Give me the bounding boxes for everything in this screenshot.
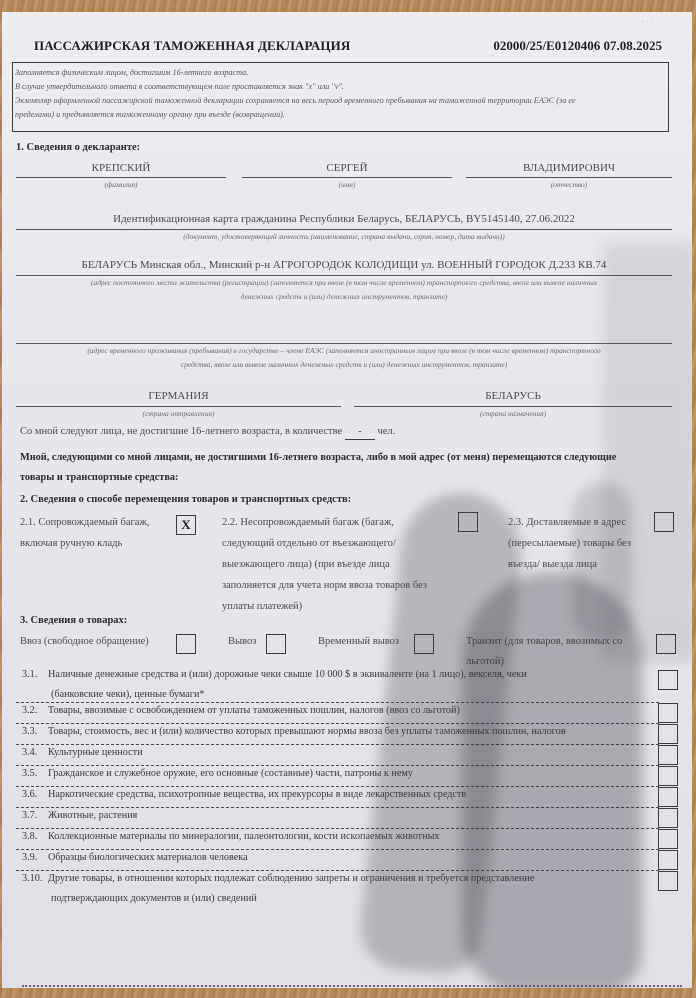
row-divider: [16, 870, 659, 871]
goods-item-checkbox[interactable]: [658, 766, 678, 786]
goods-item-number: 3.4.: [22, 747, 48, 758]
departure-country-field[interactable]: ГЕРМАНИЯ (страна отправления): [16, 385, 341, 421]
accompanied-baggage-checkbox[interactable]: X: [176, 515, 196, 535]
goods-item-label: подтверждающих документов и (или) сведен…: [51, 893, 257, 904]
row-divider: [16, 828, 659, 829]
goods-item-text: 3.7.Животные, растения: [22, 810, 137, 821]
goods-item-number: 3.9.: [22, 852, 48, 863]
patronymic-field[interactable]: ВЛАДИМИРОВИЧ (отчество): [466, 158, 672, 192]
goods-item-checkbox[interactable]: [658, 724, 678, 744]
section2-heading: 2. Сведения о способе перемещения товаро…: [20, 494, 351, 505]
goods-item-label: Наркотические средства, психотропные вещ…: [48, 789, 466, 800]
section1-heading: 1. Сведения о декларанте:: [16, 142, 140, 153]
minors-statement: Со мной следуют лица, не достигшие 16-ле…: [20, 422, 395, 442]
goods-item-text: подтверждающих документов и (или) сведен…: [51, 893, 257, 904]
goods-item-checkbox[interactable]: [658, 703, 678, 723]
goods-item-checkbox[interactable]: [658, 670, 678, 690]
direction-import-label: Ввоз (свободное обращение): [20, 632, 149, 652]
import-checkbox[interactable]: [176, 634, 196, 654]
row-divider: [16, 744, 659, 745]
notice-line: Экземпляр оформленной пассажирской тамож…: [15, 94, 666, 108]
delivered-goods-checkbox[interactable]: [654, 512, 674, 532]
unaccompanied-baggage-checkbox[interactable]: [458, 512, 478, 532]
goods-statement: Мной, следующими со мной лицами, не дост…: [20, 448, 616, 488]
option-2-3-label: 2.3. Доставляемые в адрес (пересылаемые)…: [508, 512, 631, 575]
goods-item-text: 3.6.Наркотические средства, психотропные…: [22, 789, 466, 800]
goods-item-label: Животные, растения: [48, 810, 137, 821]
goods-item-text: (банковские чеки), ценные бумаги*: [51, 689, 205, 700]
goods-item-label: Товары, стоимость, вес и (или) количеств…: [48, 726, 566, 737]
direction-export-label: Вывоз: [228, 632, 256, 652]
goods-item-number: 3.3.: [22, 726, 48, 737]
temporary-address-field[interactable]: (адрес временного проживания (пребывания…: [16, 322, 672, 372]
goods-statement-line1: Мной, следующими со мной лицами, не дост…: [20, 448, 616, 468]
goods-item-label: Товары, ввозимые с освобождением от упла…: [48, 705, 460, 716]
goods-item-text: 3.9.Образцы биологических материалов чел…: [22, 852, 248, 863]
row-divider: [16, 807, 659, 808]
direction-transit-label: Транзит (для товаров, ввозимых со льгото…: [466, 632, 622, 672]
goods-item-label: Гражданское и служебное оружие, его осно…: [48, 768, 413, 779]
id-document-caption: (документ, удостоверяющий личность (наим…: [16, 230, 672, 244]
option-2-1-label: 2.1. Сопровождаемый багаж, включая ручну…: [20, 512, 149, 554]
goods-item-number: 3.5.: [22, 768, 48, 779]
option-2-2-label: 2.2. Несопровождаемый багаж (багаж, след…: [222, 512, 427, 617]
minors-count-field[interactable]: -: [345, 425, 375, 440]
minors-prefix: Со мной следуют лица, не достигшие 16-ле…: [20, 426, 342, 437]
destination-country-value: БЕЛАРУСЬ: [354, 385, 672, 407]
permanent-address-value: БЕЛАРУСЬ Минская обл., Минский р-н АГРОГ…: [16, 254, 672, 276]
export-checkbox[interactable]: [266, 634, 286, 654]
goods-item-text: 3.3.Товары, стоимость, вес и (или) колич…: [22, 726, 566, 737]
goods-item-number: 3.6.: [22, 789, 48, 800]
goods-item-text: 3.4.Культурные ценности: [22, 747, 143, 758]
goods-item-text: 3.8.Коллекционные материалы по минералог…: [22, 831, 440, 842]
goods-item-number: 3.10.: [22, 873, 48, 884]
goods-item-label: Культурные ценности: [48, 747, 143, 758]
goods-item-label: Коллекционные материалы по минералогии, …: [48, 831, 440, 842]
notice-line: Заполняется физическим лицом, достигшим …: [15, 66, 666, 80]
destination-country-caption: (страна назначения): [354, 407, 672, 421]
direction-temp-export-label: Временный вывоз: [318, 632, 399, 652]
section3-heading: 3. Сведения о товарах:: [20, 615, 127, 626]
goods-item-text: 3.1.Наличные денежные средства и (или) д…: [22, 669, 527, 680]
temporary-export-checkbox[interactable]: [414, 634, 434, 654]
goods-item-number: 3.1.: [22, 669, 48, 680]
goods-item-label: Образцы биологических материалов человек…: [48, 852, 248, 863]
corner-mark: · · · ·: [637, 20, 654, 25]
goods-item-number: 3.2.: [22, 705, 48, 716]
row-divider: [16, 849, 659, 850]
goods-item-label: Другие товары, в отношении которых подле…: [48, 873, 534, 884]
goods-item-text: 3.10.Другие товары, в отношении которых …: [22, 873, 534, 884]
notice-line: пределами) и предъявляется таможенному о…: [15, 108, 666, 122]
transit-checkbox[interactable]: [656, 634, 676, 654]
departure-country-value: ГЕРМАНИЯ: [16, 385, 341, 407]
goods-item-text: 3.2.Товары, ввозимые с освобождением от …: [22, 705, 460, 716]
name-caption: (имя): [242, 178, 452, 192]
goods-item-checkbox[interactable]: [658, 850, 678, 870]
goods-item-checkbox[interactable]: [658, 745, 678, 765]
id-document-value: Идентификационная карта гражданина Респу…: [16, 208, 672, 230]
permanent-address-field[interactable]: БЕЛАРУСЬ Минская обл., Минский р-н АГРОГ…: [16, 254, 672, 304]
patronymic-caption: (отчество): [466, 178, 672, 192]
goods-item-checkbox[interactable]: [658, 829, 678, 849]
destination-country-field[interactable]: БЕЛАРУСЬ (страна назначения): [354, 385, 672, 421]
minors-suffix: чел.: [377, 426, 395, 437]
goods-item-number: 3.8.: [22, 831, 48, 842]
temporary-address-caption-1: (адрес временного проживания (пребывания…: [16, 344, 672, 358]
id-document-field[interactable]: Идентификационная карта гражданина Респу…: [16, 208, 672, 244]
instructions-box: Заполняется физическим лицом, достигшим …: [12, 62, 669, 132]
row-divider: [16, 765, 659, 766]
declaration-number: 02000/25/E0120406 07.08.2025: [493, 38, 662, 54]
surname-value: КРЕПСКИЙ: [16, 158, 226, 178]
goods-item-label: Наличные денежные средства и (или) дорож…: [48, 669, 527, 680]
document-title: ПАССАЖИРСКАЯ ТАМОЖЕННАЯ ДЕКЛАРАЦИЯ: [34, 38, 350, 54]
goods-item-number: 3.7.: [22, 810, 48, 821]
surname-caption: (фамилия): [16, 178, 226, 192]
declaration-sheet: · · · · ПАССАЖИРСКАЯ ТАМОЖЕННАЯ ДЕКЛАРАЦ…: [2, 12, 692, 988]
row-divider: [16, 723, 659, 724]
goods-statement-line2: товары и транспортные средства:: [20, 468, 616, 488]
row-divider: [16, 786, 659, 787]
row-divider: [16, 702, 659, 703]
temporary-address-caption-2: средства, ввозе или вывозе наличных дене…: [16, 358, 672, 372]
goods-item-label: (банковские чеки), ценные бумаги*: [51, 689, 205, 700]
permanent-address-caption-2: денежных средств и (или) денежных инстру…: [16, 290, 672, 304]
goods-item-checkbox[interactable]: [658, 787, 678, 807]
departure-country-caption: (страна отправления): [16, 407, 341, 421]
goods-item-checkbox[interactable]: [658, 871, 678, 891]
temporary-address-value: [16, 322, 672, 344]
permanent-address-caption-1: (адрес постоянного места жительства (рег…: [16, 276, 672, 290]
notice-line: В случае утвердительного ответа в соотве…: [15, 80, 666, 94]
name-field[interactable]: СЕРГЕЙ (имя): [242, 158, 452, 192]
name-value: СЕРГЕЙ: [242, 158, 452, 178]
surname-field[interactable]: КРЕПСКИЙ (фамилия): [16, 158, 226, 192]
patronymic-value: ВЛАДИМИРОВИЧ: [466, 158, 672, 178]
signature-line: [22, 985, 682, 987]
goods-item-checkbox[interactable]: [658, 808, 678, 828]
goods-item-text: 3.5.Гражданское и служебное оружие, его …: [22, 768, 413, 779]
